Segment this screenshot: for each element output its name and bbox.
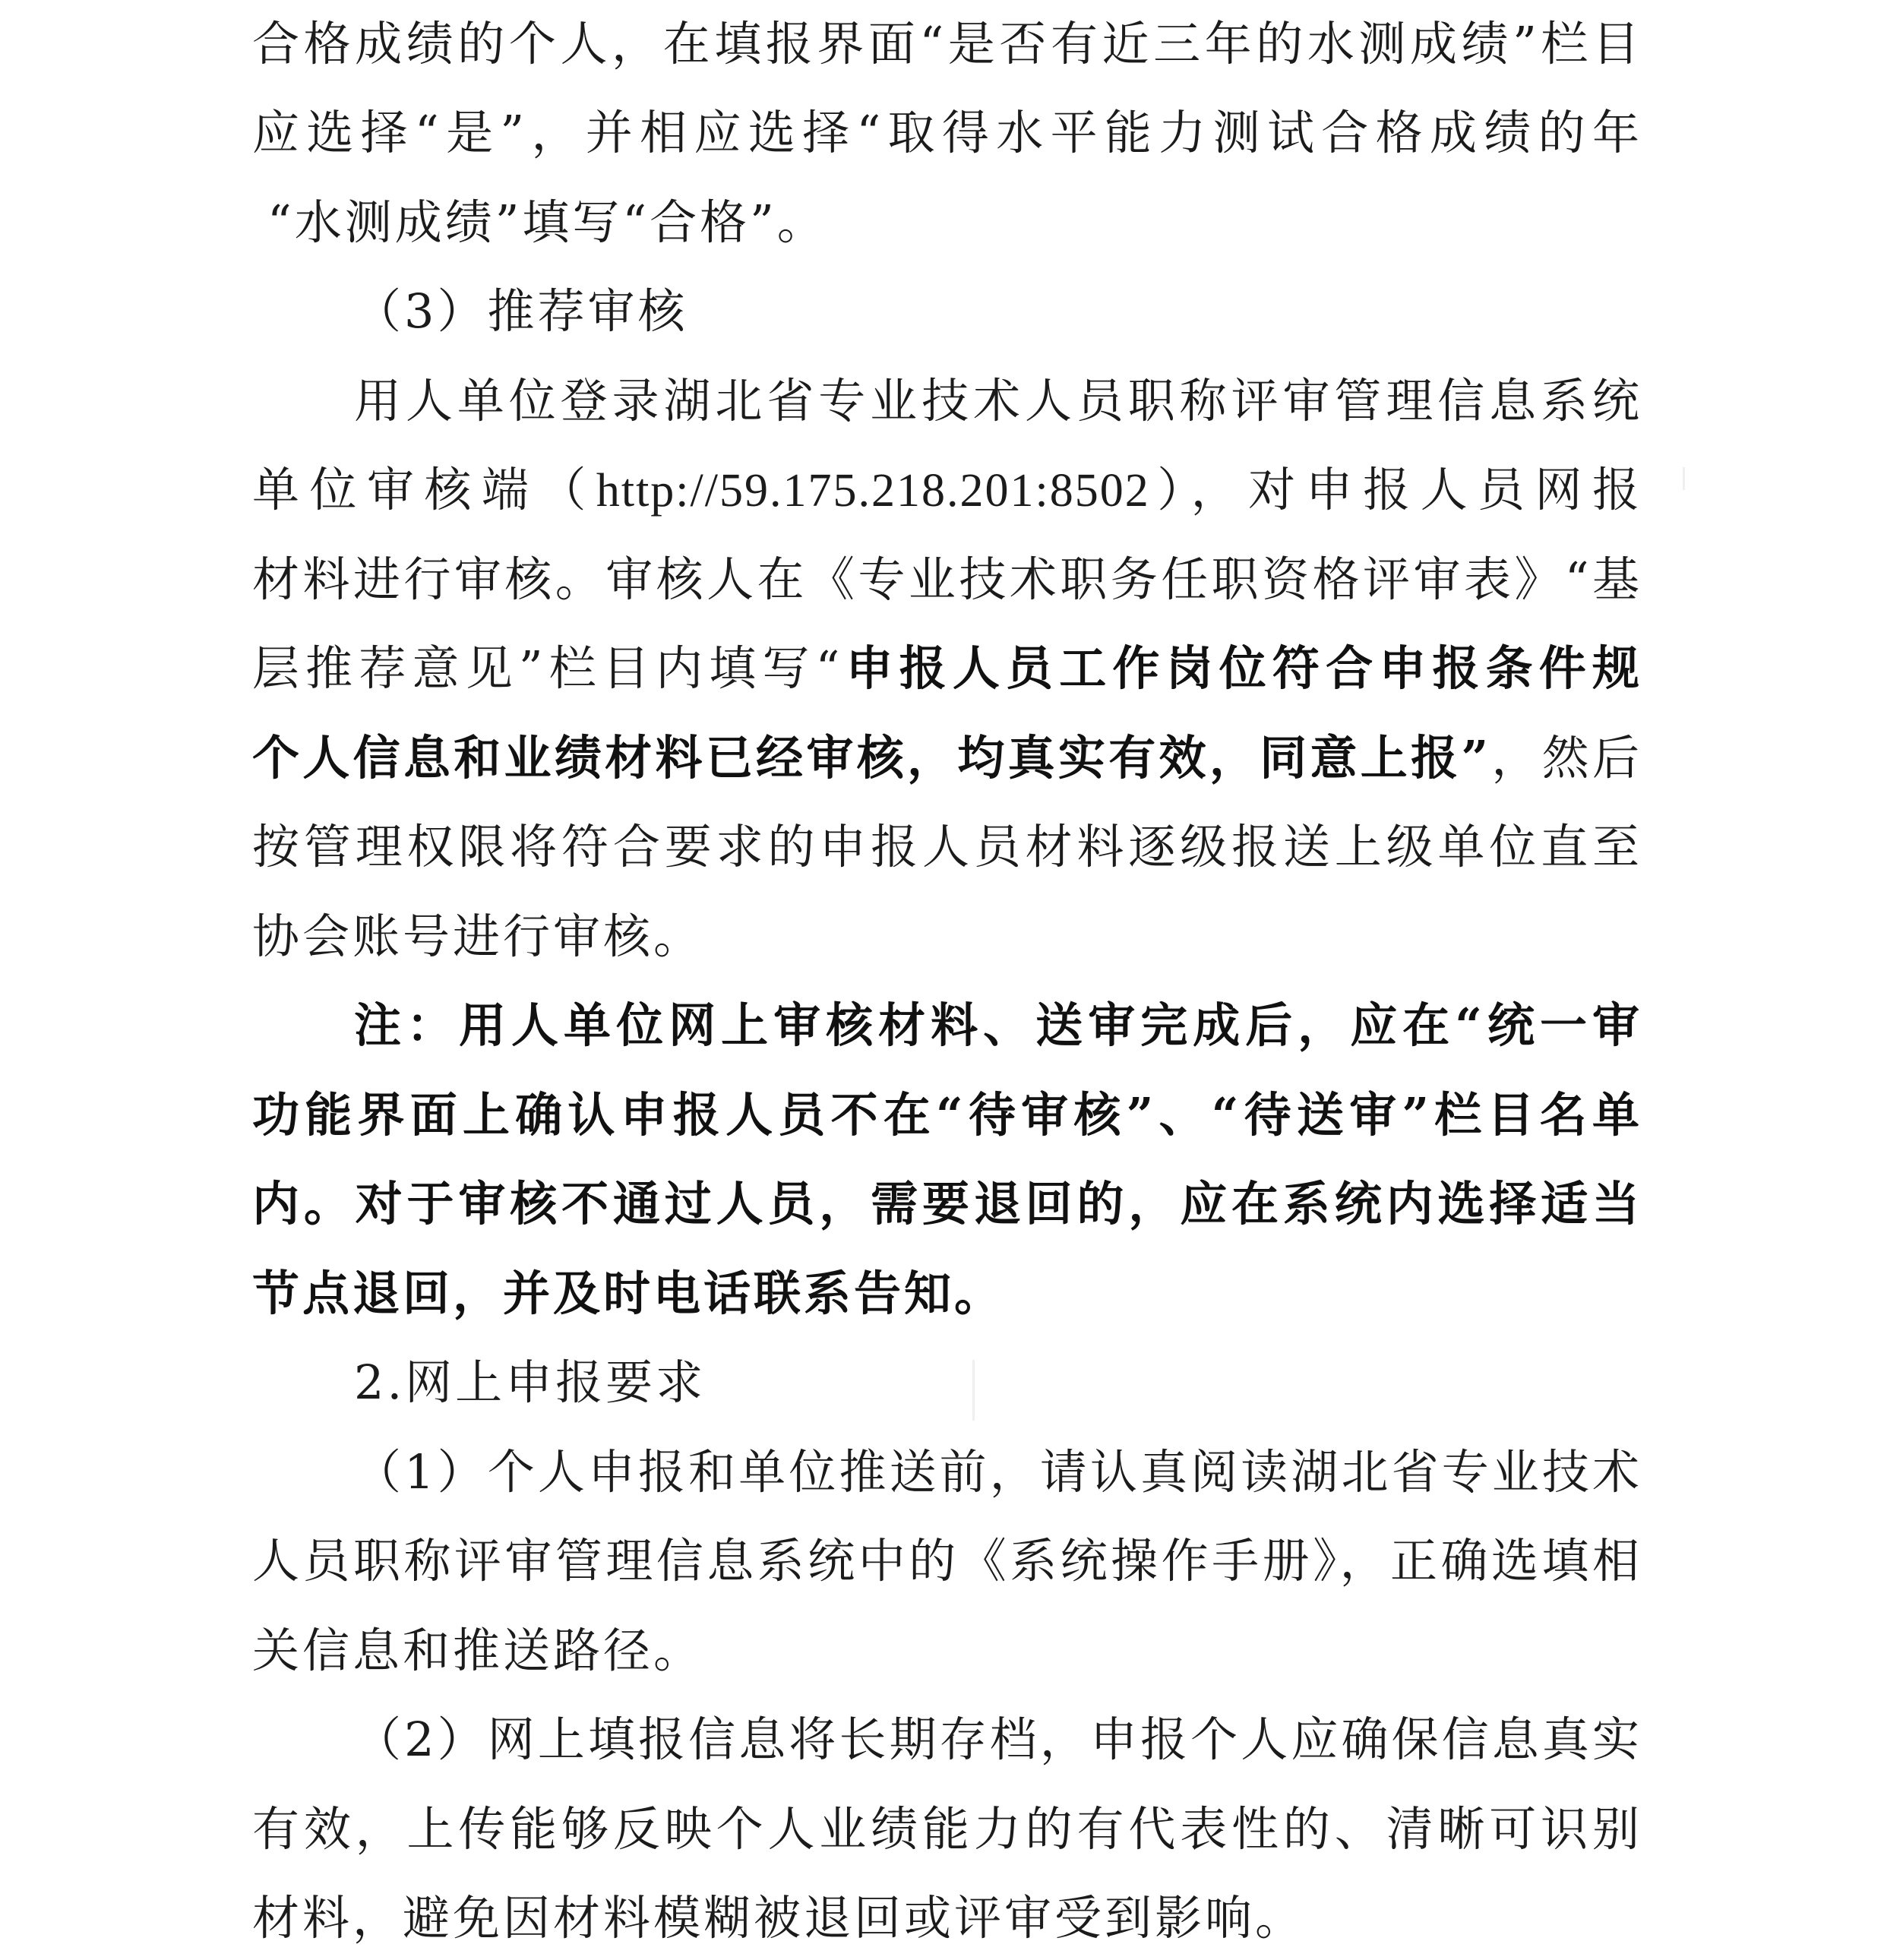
text-segment: （1）个人申报和单位推送前，请认真阅读湖北省专业技术 bbox=[354, 1444, 1642, 1500]
text-segment: ，然后 bbox=[1491, 730, 1642, 786]
text-segment: （2）网上填报信息将长期存档，申报个人应确保信息真实 bbox=[354, 1712, 1642, 1767]
heading-text: （3）推荐审核 bbox=[354, 283, 688, 339]
text-segment: 协会账号进行审核。 bbox=[252, 909, 703, 964]
text-line-8: 层推荐意见”栏目内填写“申报人员工作岗位符合申报条件规定， bbox=[252, 638, 1642, 699]
bold-text-segment: 内。对于审核不通过人员，需要退回的，应在系统内选择适当的 bbox=[252, 1176, 1642, 1234]
text-segment: 关信息和推送路径。 bbox=[252, 1623, 703, 1678]
note-line-2: 功能界面上确认申报人员不在“待审核”、“待送审”栏目名单 bbox=[252, 1085, 1642, 1146]
heading-text: 2.网上申报要求 bbox=[354, 1355, 706, 1410]
text-segment: 人员职称评审管理信息系统中的《系统操作手册》，正确选填相 bbox=[252, 1533, 1642, 1589]
text-line-10: 按管理权限将符合要求的申报人员材料逐级报送上级单位直至 bbox=[252, 817, 1642, 877]
text-line-17: （1）个人申报和单位推送前，请认真阅读湖北省专业技术 bbox=[354, 1442, 1642, 1503]
section-heading-recommend-review: （3）推荐审核 bbox=[354, 281, 1642, 342]
text-segment: 有效，上传能够反映个人业绩能力的有代表性的、清晰可识别的 bbox=[252, 1801, 1642, 1860]
text-line-11: 协会账号进行审核。 bbox=[252, 906, 1642, 967]
text-line-2: 应选择“是”，并相应选择“取得水平能力测试合格成绩的年度”， bbox=[252, 103, 1642, 163]
text-segment: 合格成绩的个人，在填报界面“是否有近三年的水测成绩”栏目 bbox=[252, 16, 1642, 71]
text-segment: 单位审核端（ bbox=[252, 462, 596, 517]
text-segment: 按管理权限将符合要求的申报人员材料逐级报送上级单位直至 bbox=[252, 819, 1642, 874]
bold-text-segment: 功能界面上确认申报人员不在“待审核”、“待送审”栏目名单 bbox=[252, 1087, 1642, 1143]
scan-artifact bbox=[972, 1360, 975, 1421]
scan-artifact bbox=[1683, 467, 1685, 490]
bold-text-segment: 个人信息和业绩材料已经审核，均真实有效，同意上报” bbox=[252, 730, 1491, 786]
scanned-document-page: 合格成绩的个人，在填报界面“是否有近三年的水测成绩”栏目 应选择“是”，并相应选… bbox=[0, 0, 1884, 1960]
system-url-link: http://59.175.218.201:8502 bbox=[596, 465, 1150, 517]
text-segment: 层推荐意见”栏目内填写“ bbox=[252, 640, 842, 696]
text-segment: 用人单位登录湖北省专业技术人员职称评审管理信息系统 bbox=[354, 373, 1642, 428]
text-line-1: 合格成绩的个人，在填报界面“是否有近三年的水测成绩”栏目 bbox=[252, 14, 1642, 74]
text-line-7: 材料进行审核。审核人在《专业技术职务任职资格评审表》“基 bbox=[252, 549, 1642, 610]
text-segment: 材料进行审核。审核人在《专业技术职务任职资格评审表》“基 bbox=[252, 552, 1642, 607]
text-segment: 应选择“是”，并相应选择“取得水平能力测试合格成绩的年度”， bbox=[252, 105, 1642, 163]
text-segment: 材料，避免因材料模糊被退回或评审受到影响。 bbox=[252, 1890, 1305, 1946]
text-line-19: 关信息和推送路径。 bbox=[252, 1620, 1642, 1681]
text-line-20: （2）网上填报信息将长期存档，申报个人应确保信息真实 bbox=[354, 1709, 1642, 1770]
note-line-1: 注：用人单位网上审核材料、送审完成后，应在“统一审核” bbox=[354, 995, 1642, 1056]
bold-text-segment: 节点退回，并及时电话联系告知。 bbox=[252, 1266, 1004, 1321]
text-line-6: 单位审核端（http://59.175.218.201:8502），对申报人员网… bbox=[252, 460, 1642, 520]
text-line-9: 个人信息和业绩材料已经审核，均真实有效，同意上报”，然后 bbox=[252, 728, 1642, 789]
text-line-3: “水测成绩”填写“合格”。 bbox=[267, 192, 1642, 253]
text-line-21: 有效，上传能够反映个人业绩能力的有代表性的、清晰可识别的 bbox=[252, 1799, 1642, 1860]
section-heading-online-requirements: 2.网上申报要求 bbox=[354, 1352, 1642, 1413]
text-segment: “水测成绩”填写“合格”。 bbox=[267, 194, 827, 250]
bold-text-segment: 注：用人单位网上审核材料、送审完成后，应在“统一审核” bbox=[354, 997, 1642, 1056]
text-line-22: 材料，避免因材料模糊被退回或评审受到影响。 bbox=[252, 1888, 1642, 1949]
note-line-4: 节点退回，并及时电话联系告知。 bbox=[252, 1263, 1642, 1324]
text-line-18: 人员职称评审管理信息系统中的《系统操作手册》，正确选填相 bbox=[252, 1531, 1642, 1592]
note-line-3: 内。对于审核不通过人员，需要退回的，应在系统内选择适当的 bbox=[252, 1174, 1642, 1234]
text-line-5: 用人单位登录湖北省专业技术人员职称评审管理信息系统 bbox=[354, 371, 1642, 432]
text-segment: ），对申报人员网报 bbox=[1150, 462, 1642, 517]
